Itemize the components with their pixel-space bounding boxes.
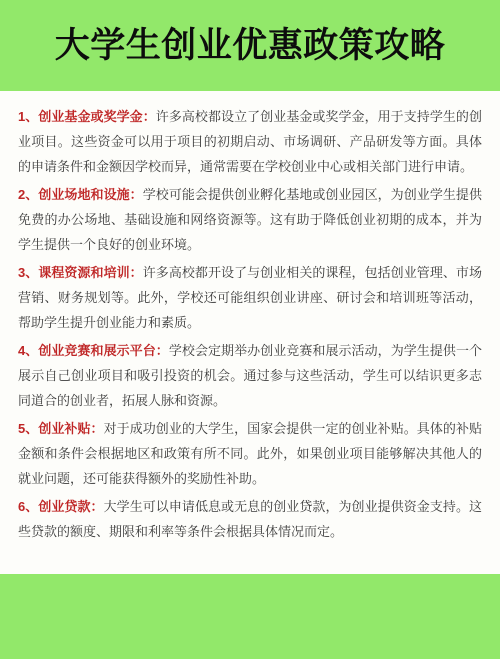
infographic-page: 大学生创业优惠政策攻略 1、创业基金或奖学金：许多高校都设立了创业基金或奖学金，… — [0, 0, 500, 659]
policy-item-label: 4、创业竞赛和展示平台： — [18, 343, 169, 358]
policy-item-label: 2、创业场地和设施： — [18, 187, 143, 202]
policy-item-label: 5、创业补贴： — [18, 421, 104, 436]
policy-item-label: 1、创业基金或奖学金： — [18, 109, 156, 124]
policy-list: 1、创业基金或奖学金：许多高校都设立了创业基金或奖学金，用于支持学生的创业项目。… — [0, 91, 500, 574]
footer-banner — [0, 574, 500, 659]
page-title: 大学生创业优惠政策攻略 — [55, 28, 446, 63]
policy-item-label: 6、创业贷款： — [18, 499, 104, 514]
policy-item-1: 1、创业基金或奖学金：许多高校都设立了创业基金或奖学金，用于支持学生的创业项目。… — [18, 104, 482, 179]
policy-item-4: 4、创业竞赛和展示平台：学校会定期举办创业竞赛和展示活动，为学生提供一个展示自己… — [18, 338, 482, 413]
policy-item-label: 3、课程资源和培训： — [18, 265, 143, 280]
policy-item-2: 2、创业场地和设施：学校可能会提供创业孵化基地或创业园区，为创业学生提供免费的办… — [18, 182, 482, 257]
policy-item-3: 3、课程资源和培训：许多高校都开设了与创业相关的课程，包括创业管理、市场营销、财… — [18, 260, 482, 335]
policy-item-5: 5、创业补贴：对于成功创业的大学生，国家会提供一定的创业补贴。具体的补贴金额和条… — [18, 416, 482, 491]
header-banner: 大学生创业优惠政策攻略 — [0, 0, 500, 91]
policy-item-6: 6、创业贷款：大学生可以申请低息或无息的创业贷款，为创业提供资金支持。这些贷款的… — [18, 494, 482, 544]
